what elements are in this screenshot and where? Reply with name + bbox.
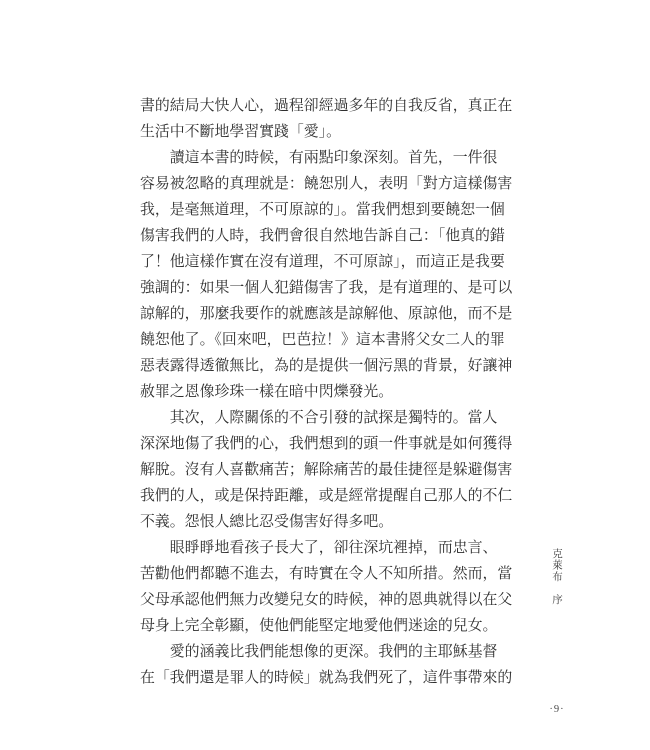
- text-line: 深深地傷了我們的心，我們想到的頭一件事就是如何獲得: [140, 431, 518, 457]
- text-line: 父母承認他們無力改變兒女的時候，神的恩典就得以在父: [140, 587, 518, 613]
- text-line: 諒解的，那麼我要作的就應該是諒解他、原諒他，而不是: [140, 301, 518, 327]
- text-line: 母身上完全彰顯，使他們能堅定地愛他們迷途的兒女。: [140, 613, 518, 639]
- text-line: 苦勸他們都聽不進去，有時實在令人不知所措。然而，當: [140, 561, 518, 587]
- text-line: 生活中不斷地學習實踐「愛」。: [140, 119, 518, 145]
- text-line: 解脫。沒有人喜歡痛苦；解除痛苦的最佳捷徑是躲避傷害: [140, 457, 518, 483]
- text-line: 眼睜睜地看孩子長大了，卻往深坑裡掉，而忠言、: [140, 535, 518, 561]
- chapter-side-label: 克萊布 序: [550, 548, 563, 606]
- book-page: 書的結局大快人心，過程卻經過多年的自我反省，真正在生活中不斷地學習實踐「愛」。 …: [0, 0, 650, 750]
- text-line: 在「我們還是罪人的時候」就為我們死了，這件事帶來的: [140, 665, 518, 691]
- text-line: 強調的：如果一個人犯錯傷害了我，是有道理的、是可以: [140, 275, 518, 301]
- text-line: 赦罪之恩像珍珠一樣在暗中閃爍發光。: [140, 379, 518, 405]
- text-line: 書的結局大快人心，過程卻經過多年的自我反省，真正在: [140, 93, 518, 119]
- text-line: 惡表露得透徹無比，為的是提供一個污黑的背景，好讓神: [140, 353, 518, 379]
- text-line: 其次，人際關係的不合引發的試探是獨特的。當人: [140, 405, 518, 431]
- page-number: ·9·: [532, 704, 582, 715]
- text-line: 容易被忽略的真理就是：饒恕別人，表明「對方這樣傷害: [140, 171, 518, 197]
- text-line: 不義。怨恨人總比忍受傷害好得多吧。: [140, 509, 518, 535]
- text-line: 愛的涵義比我們能想像的更深。我們的主耶穌基督: [140, 639, 518, 665]
- text-line: 我，是毫無道理，不可原諒的」。當我們想到要饒恕一個: [140, 197, 518, 223]
- text-line: 我們的人，或是保持距離，或是經常提醒自己那人的不仁: [140, 483, 518, 509]
- text-line: 傷害我們的人時，我們會很自然地告訴自己：「他真的錯: [140, 223, 518, 249]
- text-line: 了！他這樣作實在沒有道理，不可原諒」，而這正是我要: [140, 249, 518, 275]
- text-line: 讀這本書的時候，有兩點印象深刻。首先，一件很: [140, 145, 518, 171]
- text-line: 饒恕他了。《回來吧，巴芭拉！》這本書將父女二人的罪: [140, 327, 518, 353]
- body-text: 書的結局大快人心，過程卻經過多年的自我反省，真正在生活中不斷地學習實踐「愛」。 …: [140, 93, 518, 691]
